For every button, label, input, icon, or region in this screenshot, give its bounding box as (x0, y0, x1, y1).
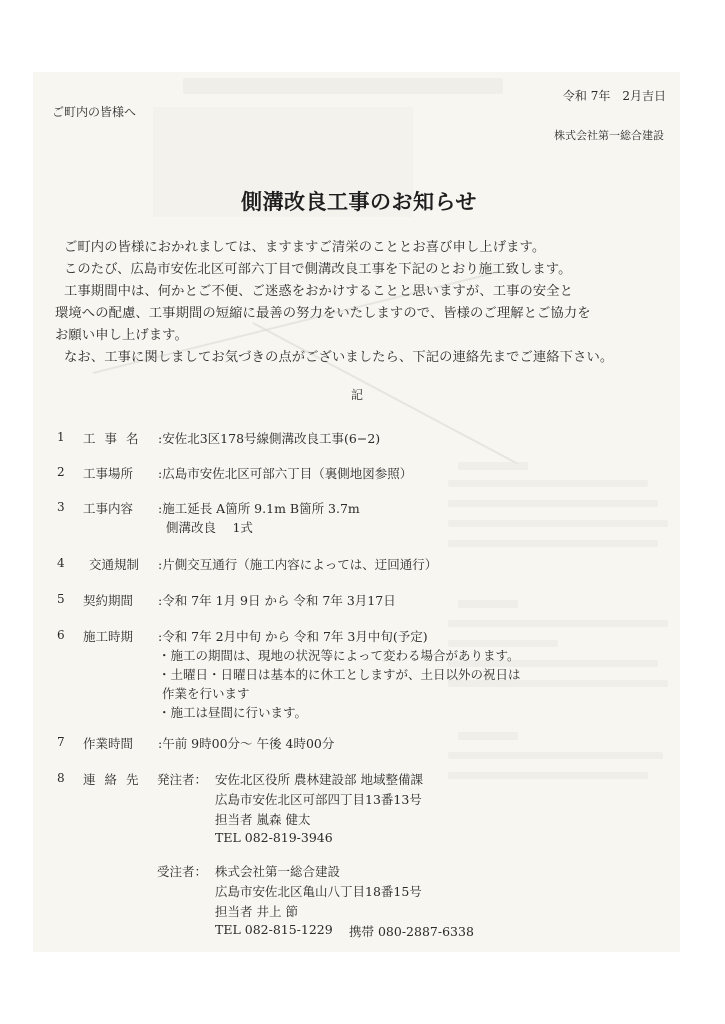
item-label: 施工時期 (83, 627, 133, 645)
contractor-role: 受注者： (157, 862, 207, 880)
bleed-through-text (448, 480, 648, 487)
item-label: 作業時間 (83, 734, 133, 752)
item-value: :施工延長 A箇所 9.1m B箇所 3.7m (158, 499, 360, 517)
item-value: :安佐北3区178号線側溝改良工事(6−2) (158, 429, 380, 447)
item-number: 3 (57, 500, 65, 514)
item-note: 作業を行います (162, 684, 250, 702)
notice-page: 令和 7年 2月吉日 ご町内の皆様へ 株式会社第一総合建設 側溝改良工事のお知ら… (33, 72, 680, 952)
orderer-person: 担当者 嵐森 健太 (215, 810, 310, 828)
item-note: ・施工の期間は、現地の状況等によって変わる場合があります。 (158, 646, 520, 664)
bleed-through-text (458, 462, 528, 470)
bleed-through-text (448, 752, 663, 759)
item-value: :令和 7年 2月中旬 から 令和 7年 3月中旬(予定) (158, 627, 428, 645)
body-line: お願い申し上げます。 (55, 328, 188, 344)
item-number: 7 (57, 735, 65, 749)
item-value: :午前 9時00分～ 午後 4時00分 (158, 734, 334, 752)
item-label: 工事名 (83, 429, 148, 447)
contractor-mobile: 携帯 080-2887-6338 (349, 922, 474, 940)
item-number: 4 (57, 556, 65, 570)
contractor-org: 株式会社第一総合建設 (215, 862, 340, 880)
body-line: 工事期間中は、何かとご不便、ご迷惑をおかけすることと思いますが、工事の安全と (64, 284, 573, 300)
item-number: 8 (57, 771, 65, 785)
addressee: ご町内の皆様へ (52, 105, 136, 120)
item-number: 2 (57, 465, 65, 479)
orderer-address: 広島市安佐北区可部四丁目13番13号 (215, 790, 422, 808)
bleed-through-text (448, 500, 658, 507)
bleed-through-text (458, 600, 518, 608)
orderer-tel: TEL 082-819-3946 (215, 830, 333, 845)
sender-company: 株式会社第一総合建設 (554, 129, 664, 143)
body-line: なお、工事に関しましてお気づきの点がございましたら、下記の連絡先までご連絡下さい… (64, 350, 613, 366)
item-number: 1 (57, 430, 65, 444)
item-value: :広島市安佐北区可部六丁目（裏側地図参照） (158, 464, 412, 482)
body-line: このたび、広島市安佐北区可部六丁目で側溝改良工事を下記のとおり施工致します。 (64, 262, 571, 278)
item-note: ・施工は昼間に行います。 (158, 703, 307, 721)
item-number: 5 (57, 592, 65, 606)
item-label: 交通規制 (89, 555, 139, 573)
bleed-through-text (448, 520, 668, 527)
item-label: 連絡先 (83, 770, 148, 788)
issue-date: 令和 7年 2月吉日 (563, 89, 666, 104)
item-value: :令和 7年 1月 9日 から 令和 7年 3月17日 (158, 591, 396, 609)
contractor-address: 広島市安佐北区亀山八丁目18番15号 (215, 882, 422, 900)
item-label: 契約期間 (83, 591, 133, 609)
contractor-tel: TEL 082-815-1229 (215, 922, 333, 937)
contractor-person: 担当者 井上 節 (215, 902, 298, 920)
bleed-through-header (183, 78, 503, 94)
orderer-org: 安佐北区役所 農林建設部 地域整備課 (215, 770, 423, 788)
orderer-role: 発注者： (157, 770, 207, 788)
item-value: 側溝改良 1式 (166, 518, 253, 536)
item-label: 工事場所 (83, 464, 133, 482)
bleed-through-text (448, 540, 658, 547)
bleed-through-text (458, 732, 518, 740)
notice-title: 側溝改良工事のお知らせ (241, 186, 477, 216)
body-line: 環境への配慮、工事期間の短縮に最善の努力をいたしますので、皆様のご理解とご協力を (55, 306, 591, 322)
body-line: ご町内の皆様におかれましては、ますますご清栄のこととお喜び申し上げます。 (64, 240, 545, 256)
item-value: :片側交互通行（施工内容によっては、迂回通行） (158, 555, 437, 573)
item-note: ・土曜日・日曜日は基本的に休工としますが、土日以外の祝日は (158, 665, 521, 683)
item-number: 6 (57, 628, 65, 642)
bleed-through-text (448, 620, 668, 627)
bleed-through-text (448, 772, 648, 779)
ki-heading: 記 (351, 388, 363, 403)
item-label: 工事内容 (83, 499, 133, 517)
